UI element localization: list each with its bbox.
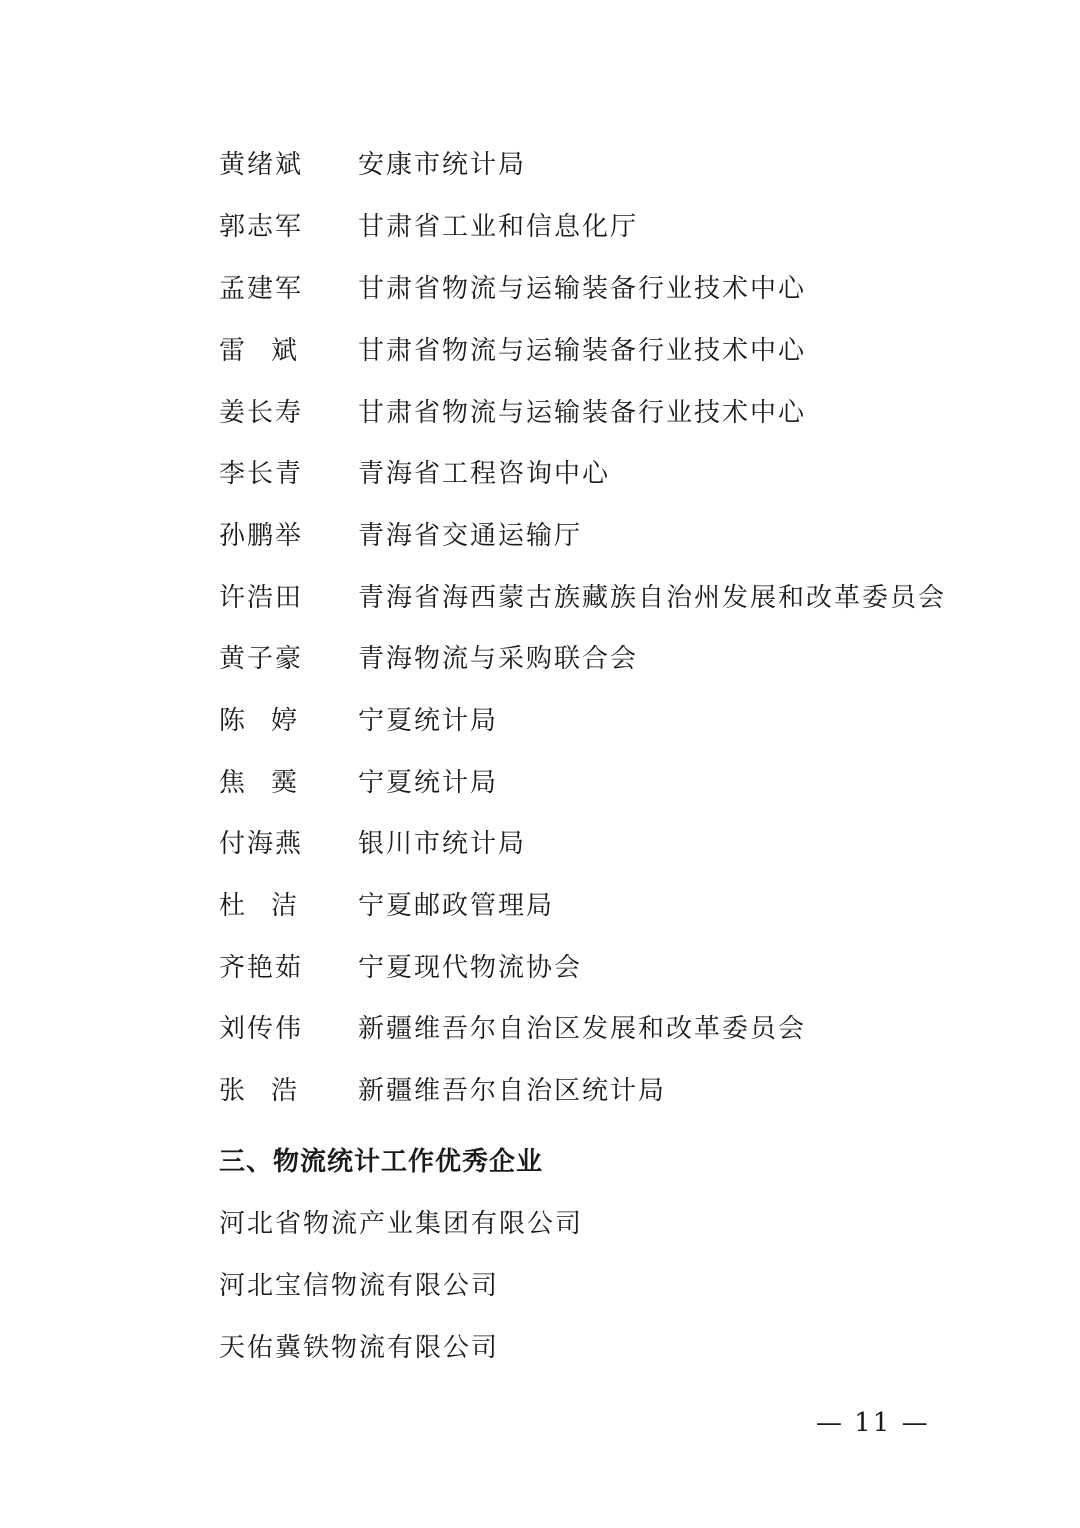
- name-char: 洁: [271, 885, 299, 922]
- awardee-row: 齐艳茹 宁夏现代物流协会: [219, 945, 299, 985]
- awardee-org: 宁夏统计局: [358, 762, 498, 799]
- awardee-org: 青海省工程咨询中心: [358, 453, 610, 490]
- awardee-row: 杜洁 宁夏邮政管理局: [219, 883, 299, 923]
- awardee-name: 张浩: [219, 1070, 299, 1107]
- awardee-name: 刘传伟: [219, 1008, 299, 1045]
- name-char: 浩: [271, 1070, 299, 1107]
- awardee-org: 青海省交通运输厅: [358, 515, 582, 552]
- awardee-row: 陈婷 宁夏统计局: [219, 698, 299, 738]
- awardee-org: 青海省海西蒙古族藏族自治州发展和改革委员会: [358, 577, 946, 614]
- awardee-name: 孟建军: [219, 268, 299, 305]
- awardee-org: 银川市统计局: [358, 823, 526, 860]
- awardee-name: 杜洁: [219, 885, 299, 922]
- awardee-name: 黄子豪: [219, 638, 299, 675]
- document-page: 黄绪斌 安康市统计局 郭志军 甘肃省工业和信息化厅 孟建军 甘肃省物流与运输装备…: [0, 0, 1080, 1528]
- awardee-name: 齐艳茹: [219, 947, 299, 984]
- awardee-name: 陈婷: [219, 700, 299, 737]
- company-item: 河北宝信物流有限公司: [219, 1265, 499, 1302]
- awardee-row: 许浩田 青海省海西蒙古族藏族自治州发展和改革委员会: [219, 575, 299, 615]
- awardee-row: 姜长寿 甘肃省物流与运输装备行业技术中心: [219, 390, 299, 430]
- awardee-row: 刘传伟 新疆维吾尔自治区发展和改革委员会: [219, 1006, 299, 1046]
- awardee-name: 孙鹏举: [219, 515, 299, 552]
- awardee-name: 雷斌: [219, 330, 299, 367]
- awardee-org: 新疆维吾尔自治区发展和改革委员会: [358, 1008, 806, 1045]
- name-char: 陈: [219, 700, 247, 737]
- awardee-row: 黄绪斌 安康市统计局: [219, 142, 299, 182]
- awardee-name: 焦霙: [219, 762, 299, 799]
- awardee-org: 新疆维吾尔自治区统计局: [358, 1070, 666, 1107]
- awardee-org: 宁夏现代物流协会: [358, 947, 582, 984]
- awardee-row: 张浩 新疆维吾尔自治区统计局: [219, 1068, 299, 1108]
- company-item: 天佑冀铁物流有限公司: [219, 1327, 499, 1364]
- awardee-row: 黄子豪 青海物流与采购联合会: [219, 636, 299, 676]
- name-char: 雷: [219, 330, 247, 367]
- name-char: 斌: [271, 330, 299, 367]
- awardee-org: 甘肃省物流与运输装备行业技术中心: [358, 268, 806, 305]
- awardee-row: 孟建军 甘肃省物流与运输装备行业技术中心: [219, 266, 299, 306]
- awardee-org: 甘肃省工业和信息化厅: [358, 206, 638, 243]
- awardee-name: 付海燕: [219, 823, 299, 860]
- awardee-name: 许浩田: [219, 577, 299, 614]
- page-number: — 11 —: [816, 1408, 930, 1438]
- awardee-name: 郭志军: [219, 206, 299, 243]
- name-char: 张: [219, 1070, 247, 1107]
- name-char: 焦: [219, 762, 247, 799]
- name-char: 婷: [271, 700, 299, 737]
- awardee-org: 宁夏邮政管理局: [358, 885, 554, 922]
- awardee-org: 甘肃省物流与运输装备行业技术中心: [358, 330, 806, 367]
- awardee-name: 李长青: [219, 453, 299, 490]
- awardee-row: 李长青 青海省工程咨询中心: [219, 451, 299, 491]
- awardee-row: 雷斌 甘肃省物流与运输装备行业技术中心: [219, 328, 299, 368]
- name-char: 杜: [219, 885, 247, 922]
- awardee-row: 郭志军 甘肃省工业和信息化厅: [219, 204, 299, 244]
- awardee-row: 孙鹏举 青海省交通运输厅: [219, 513, 299, 553]
- awardee-name: 姜长寿: [219, 392, 299, 429]
- company-item: 河北省物流产业集团有限公司: [219, 1203, 583, 1240]
- name-char: 霙: [271, 762, 299, 799]
- awardee-name: 黄绪斌: [219, 144, 299, 181]
- awardee-org: 甘肃省物流与运输装备行业技术中心: [358, 392, 806, 429]
- awardee-org: 宁夏统计局: [358, 700, 498, 737]
- awardee-row: 付海燕 银川市统计局: [219, 821, 299, 861]
- awardee-row: 焦霙 宁夏统计局: [219, 760, 299, 800]
- awardee-org: 安康市统计局: [358, 144, 526, 181]
- section-heading: 三、物流统计工作优秀企业: [219, 1141, 543, 1178]
- awardee-org: 青海物流与采购联合会: [358, 638, 638, 675]
